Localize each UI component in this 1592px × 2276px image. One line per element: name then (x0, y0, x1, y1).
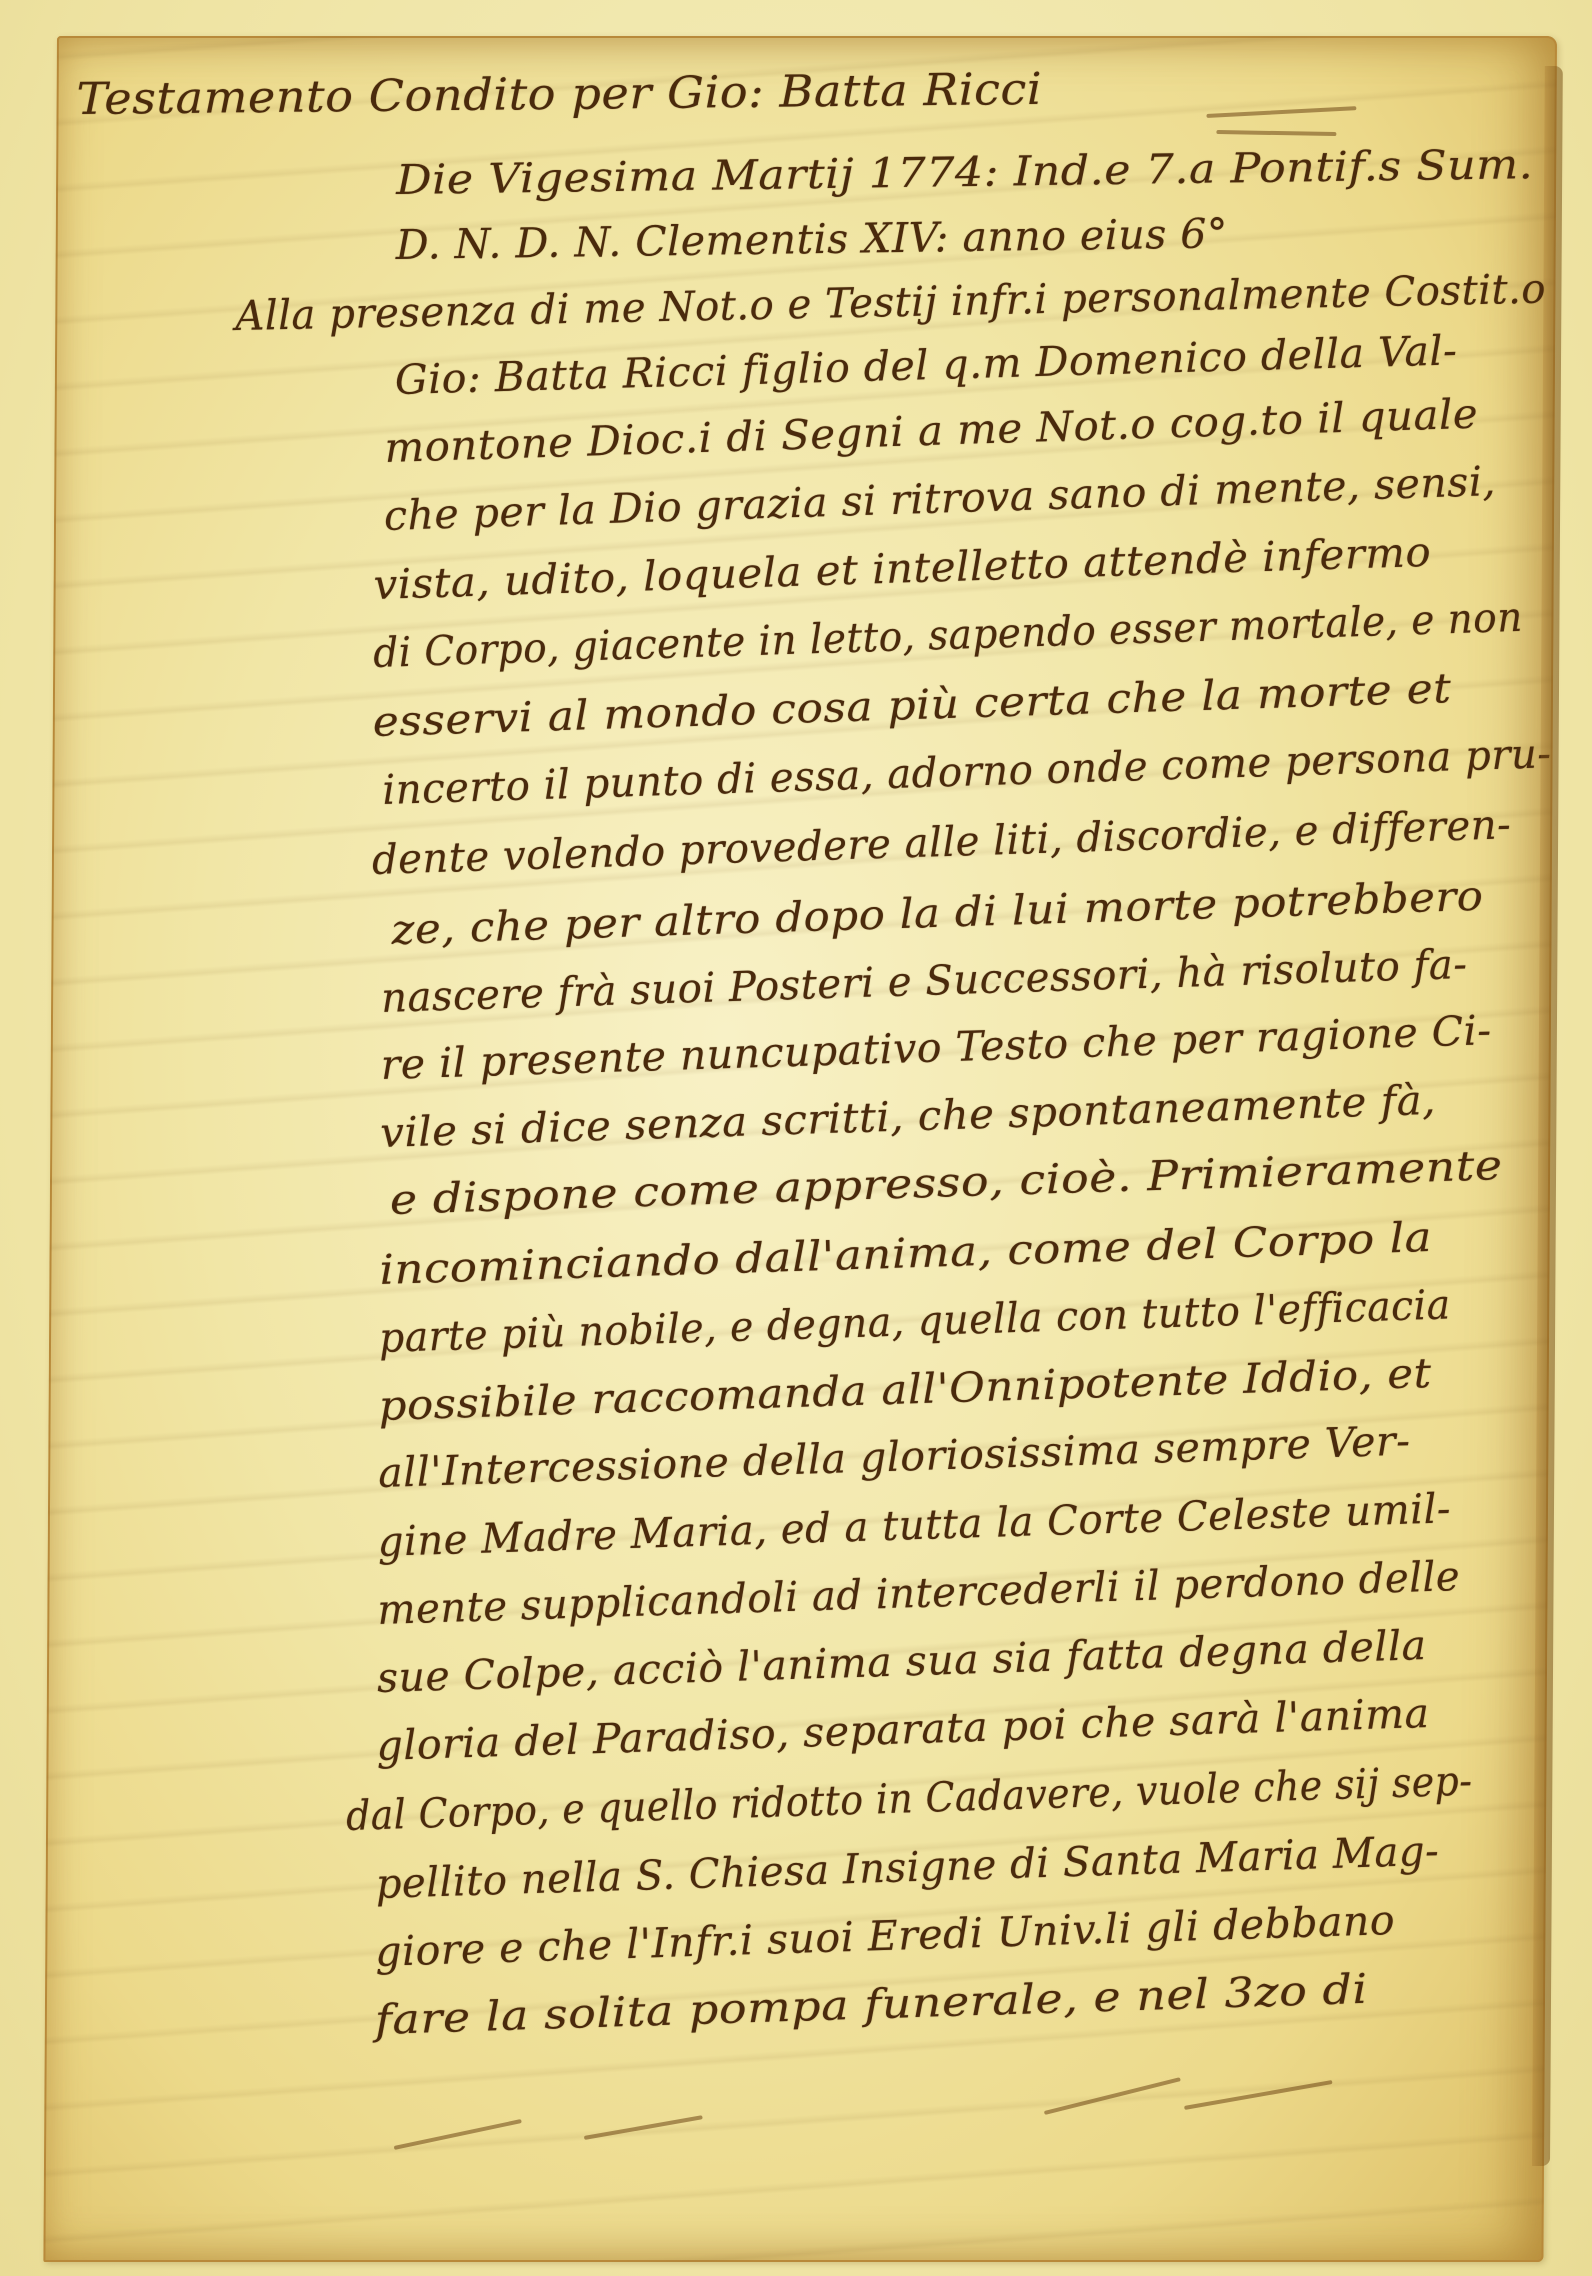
closing-flourish-4 (1184, 2080, 1333, 2110)
body-line-13: vile si dice senza scritti, che spontane… (380, 1076, 1437, 1157)
manuscript-text: Testamento Condito per Gio: Batta Ricci … (43, 36, 1557, 2262)
body-line-23: dal Corpo, e quello ridotto in Cadavere,… (346, 1757, 1473, 1840)
body-line-19: gine Madre Maria, ed a tutta la Corte Ce… (377, 1484, 1451, 1566)
body-line-5: vista, udito, loquela et intelletto atte… (373, 528, 1432, 609)
body-line-17: possibile raccomanda all'Onnipotente Idd… (378, 1349, 1432, 1430)
closing-flourish-2 (584, 2115, 703, 2140)
body-line-21: sue Colpe, acciò l'anima sua sia fatta d… (376, 1621, 1427, 1702)
date-line-1: Die Vigesima Martij 1774: Ind.e 7.a Pont… (396, 140, 1534, 204)
heading-flourish-2 (1216, 130, 1336, 136)
body-line-25: giore e che l'Infr.i suoi Eredi Univ.li … (375, 1896, 1396, 1976)
body-line-15: incominciando dall'anima, come del Corpo… (379, 1213, 1433, 1294)
body-line-20: mente supplicandoli ad intercederli il p… (377, 1552, 1461, 1634)
body-line-22: gloria del Paradiso, separata poi che sa… (376, 1689, 1430, 1770)
body-line-6: di Corpo, giacente in letto, sapendo ess… (373, 593, 1524, 677)
document-heading: Testamento Condito per Gio: Batta Ricci (77, 64, 1043, 125)
body-line-18: all'Intercessione della gloriosissima se… (378, 1417, 1411, 1497)
body-line-12: re il presente nuncupativo Testo che per… (380, 1006, 1492, 1089)
body-line-9: dente volendo provedere alle liti, disco… (371, 800, 1511, 884)
body-line-26: fare la solita pompa funerale, e nel 3zo… (374, 1965, 1368, 2044)
manuscript-page: Testamento Condito per Gio: Batta Ricci … (43, 36, 1557, 2262)
date-line-2: D. N. D. N. Clementis XIV: anno eius 6° (396, 209, 1229, 269)
body-line-3: montone Dioc.i di Segni a me Not.o cog.t… (384, 390, 1479, 472)
body-line-2: Gio: Batta Ricci figlio del q.m Domenico… (394, 326, 1457, 404)
body-line-11: nascere frà suoi Posteri e Successori, h… (381, 940, 1468, 1022)
body-line-4: che per la Dio grazia si ritrova sano di… (383, 457, 1496, 540)
body-line-7: esservi al mondo cosa più certa che la m… (372, 664, 1452, 746)
body-line-16: parte più nobile, e degna, quella con tu… (378, 1280, 1451, 1362)
body-line-8: incerto il punto di essa, adorno onde co… (382, 729, 1552, 814)
body-line-14: e dispone come appresso, cioè. Primieram… (389, 1141, 1503, 1224)
closing-flourish-3 (1044, 2077, 1181, 2115)
closing-flourish-1 (394, 2119, 522, 2150)
heading-flourish (1206, 106, 1356, 118)
body-line-24: pellito nella S. Chiesa Insigne di Santa… (375, 1827, 1440, 1908)
body-line-10: ze, che per altro dopo la di lui morte p… (391, 872, 1484, 954)
